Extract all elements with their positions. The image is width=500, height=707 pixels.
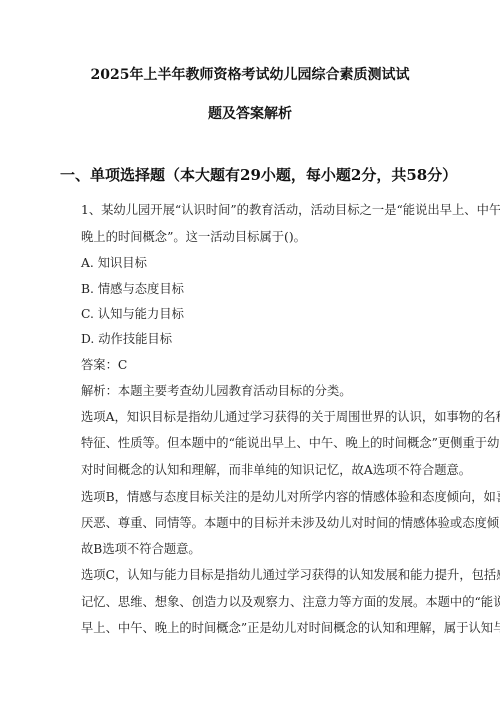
option-b: B. 情感与态度目标 [81, 281, 184, 297]
document-title-line-2: 题及答案解析 [0, 103, 500, 123]
analysis-line: 早上、中午、晚上的时间概念”正是幼儿对时间概念的认知和理解，属于认知与能 [81, 620, 500, 636]
answer-line: 答案：C [81, 357, 127, 373]
section-heading: 一、单项选择题（本大题有29小题，每小题2分，共58分） [60, 164, 457, 185]
analysis-line: 记忆、思维、想象、创造力以及观察力、注意力等方面的发展。本题中的“能说出 [81, 594, 500, 610]
document-title-line-1: 2025年上半年教师资格考试幼儿园综合素质测试试 [0, 64, 500, 84]
analysis-line: 对时间概念的认知和理解，而非单纯的知识记忆，故A选项不符合题意。 [81, 462, 471, 478]
question-stem-line-1: 1、某幼儿园开展“认识时间”的教育活动，活动目标之一是“能说出早上、中午、 [81, 202, 500, 218]
analysis-line: 选项B，情感与态度目标关注的是幼儿对所学内容的情感体验和态度倾向，如喜欢、 [81, 489, 500, 505]
question-stem-line-2: 晚上的时间概念”。这一活动目标属于()。 [81, 229, 306, 245]
analysis-line: 选项C，认知与能力目标是指幼儿通过学习获得的认知发展和能力提升，包括感知、 [81, 567, 500, 583]
option-c: C. 认知与能力目标 [81, 306, 184, 322]
option-d: D. 动作技能目标 [81, 331, 172, 347]
analysis-line: 厌恶、尊重、同情等。本题中的目标并未涉及幼儿对时间的情感体验或态度倾向， [81, 515, 500, 531]
document-page: 2025年上半年教师资格考试幼儿园综合素质测试试 题及答案解析 一、单项选择题（… [0, 0, 500, 707]
analysis-line: 特征、性质等。但本题中的“能说出早上、中午、晚上的时间概念”更侧重于幼儿 [81, 435, 500, 451]
analysis-line: 故B选项不符合题意。 [81, 541, 201, 557]
option-a: A. 知识目标 [81, 255, 147, 271]
analysis-intro: 解析：本题主要考查幼儿园教育活动目标的分类。 [81, 383, 352, 399]
analysis-line: 选项A，知识目标是指幼儿通过学习获得的关于周围世界的认识，如事物的名称、 [81, 409, 500, 425]
